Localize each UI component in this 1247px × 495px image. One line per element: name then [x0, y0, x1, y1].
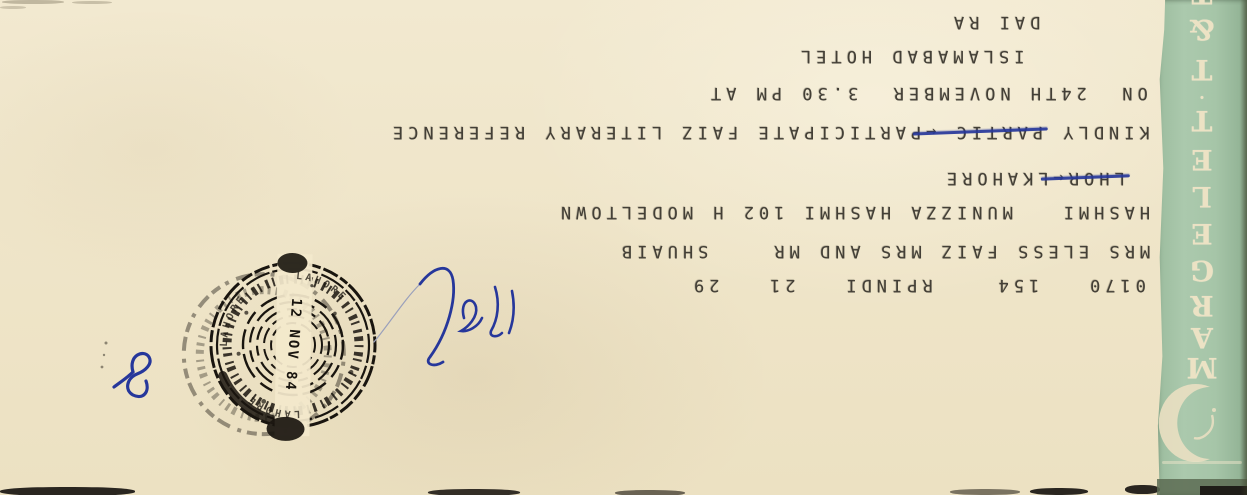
scan-edge-mark — [2, 0, 64, 4]
typed-text: MRS ELESS FAIZ MRS AND MR SHUAIB — [617, 241, 1150, 261]
strip-letter: R — [1157, 288, 1247, 322]
crescent-logo-icon — [1154, 380, 1236, 468]
pen-struck-text: PARTIC ← — [921, 120, 1043, 143]
scan-edge-mark — [1030, 488, 1088, 495]
strip-letter: L — [1157, 179, 1247, 213]
telegram-scan: 0170 154 RPINDI 21 29MRS ELESS FAIZ MRS … — [0, 0, 1247, 495]
telegram-line-8: DAI RA — [949, 10, 1040, 33]
typed-text: ON 24TH NOVEMBER 3.30 PM AT — [706, 83, 1148, 103]
typed-text: HASHMI MUNIZZA HASHMI 102 H MODELTOWN — [556, 202, 1150, 222]
strip-letter: E — [1157, 216, 1247, 250]
telegram-strip: T&T·TELEGRAM — [1157, 0, 1247, 495]
pen-struck-text: LHOR← — [1049, 166, 1125, 189]
telegram-line-5: KINDLY PARTIC ←PARTICIPATE FAIZ LITERARY… — [388, 120, 1150, 143]
telegram-line-2: MRS ELESS FAIZ MRS AND MR SHUAIB — [617, 239, 1150, 262]
strip-letter: T — [1157, 0, 1247, 10]
strip-crease-line — [1162, 461, 1242, 464]
telegram-line-6: ON 24TH NOVEMBER 3.30 PM AT — [706, 81, 1148, 104]
scan-right-shadow — [1240, 0, 1247, 495]
strip-letter: T — [1157, 103, 1247, 137]
telegram-line-3: HASHMI MUNIZZA HASHMI 102 H MODELTOWN — [556, 200, 1150, 223]
telegram-line-1: 0170 154 RPINDI 21 29 — [689, 273, 1146, 296]
typed-text: ISLAMABAD HOTEL — [796, 46, 1025, 66]
scan-edge-mark — [428, 489, 520, 495]
scan-edge-mark — [0, 6, 26, 9]
typed-text: PARTICIPATE FAIZ LITERARY REFERENCE — [388, 122, 921, 142]
strip-letter: E — [1157, 142, 1247, 176]
typed-text: LKAHORE — [942, 168, 1049, 188]
strip-letter: T — [1157, 52, 1247, 86]
strip-letter: · — [1157, 90, 1247, 104]
strip-letter: & — [1157, 12, 1247, 46]
strip-letter: A — [1157, 320, 1247, 354]
handwritten-scribble — [360, 250, 570, 380]
typed-text: 0170 154 RPINDI 21 29 — [689, 275, 1146, 295]
strip-letter: M — [1157, 350, 1247, 384]
scan-edge-mark — [72, 1, 112, 4]
scan-edge-mark — [1125, 485, 1160, 494]
scan-edge-mark — [0, 487, 135, 495]
telegram-line-4: LHOR←LKAHORE — [942, 166, 1125, 189]
scan-edge-mark — [950, 489, 1020, 495]
telegram-line-7: ISLAMABAD HOTEL — [796, 44, 1025, 67]
handwritten-number-8 — [100, 335, 170, 405]
strip-letter: G — [1157, 253, 1247, 287]
scan-edge-mark — [615, 490, 685, 495]
typed-text: KINDLY — [1043, 122, 1150, 142]
typed-text: DAI RA — [949, 12, 1040, 32]
